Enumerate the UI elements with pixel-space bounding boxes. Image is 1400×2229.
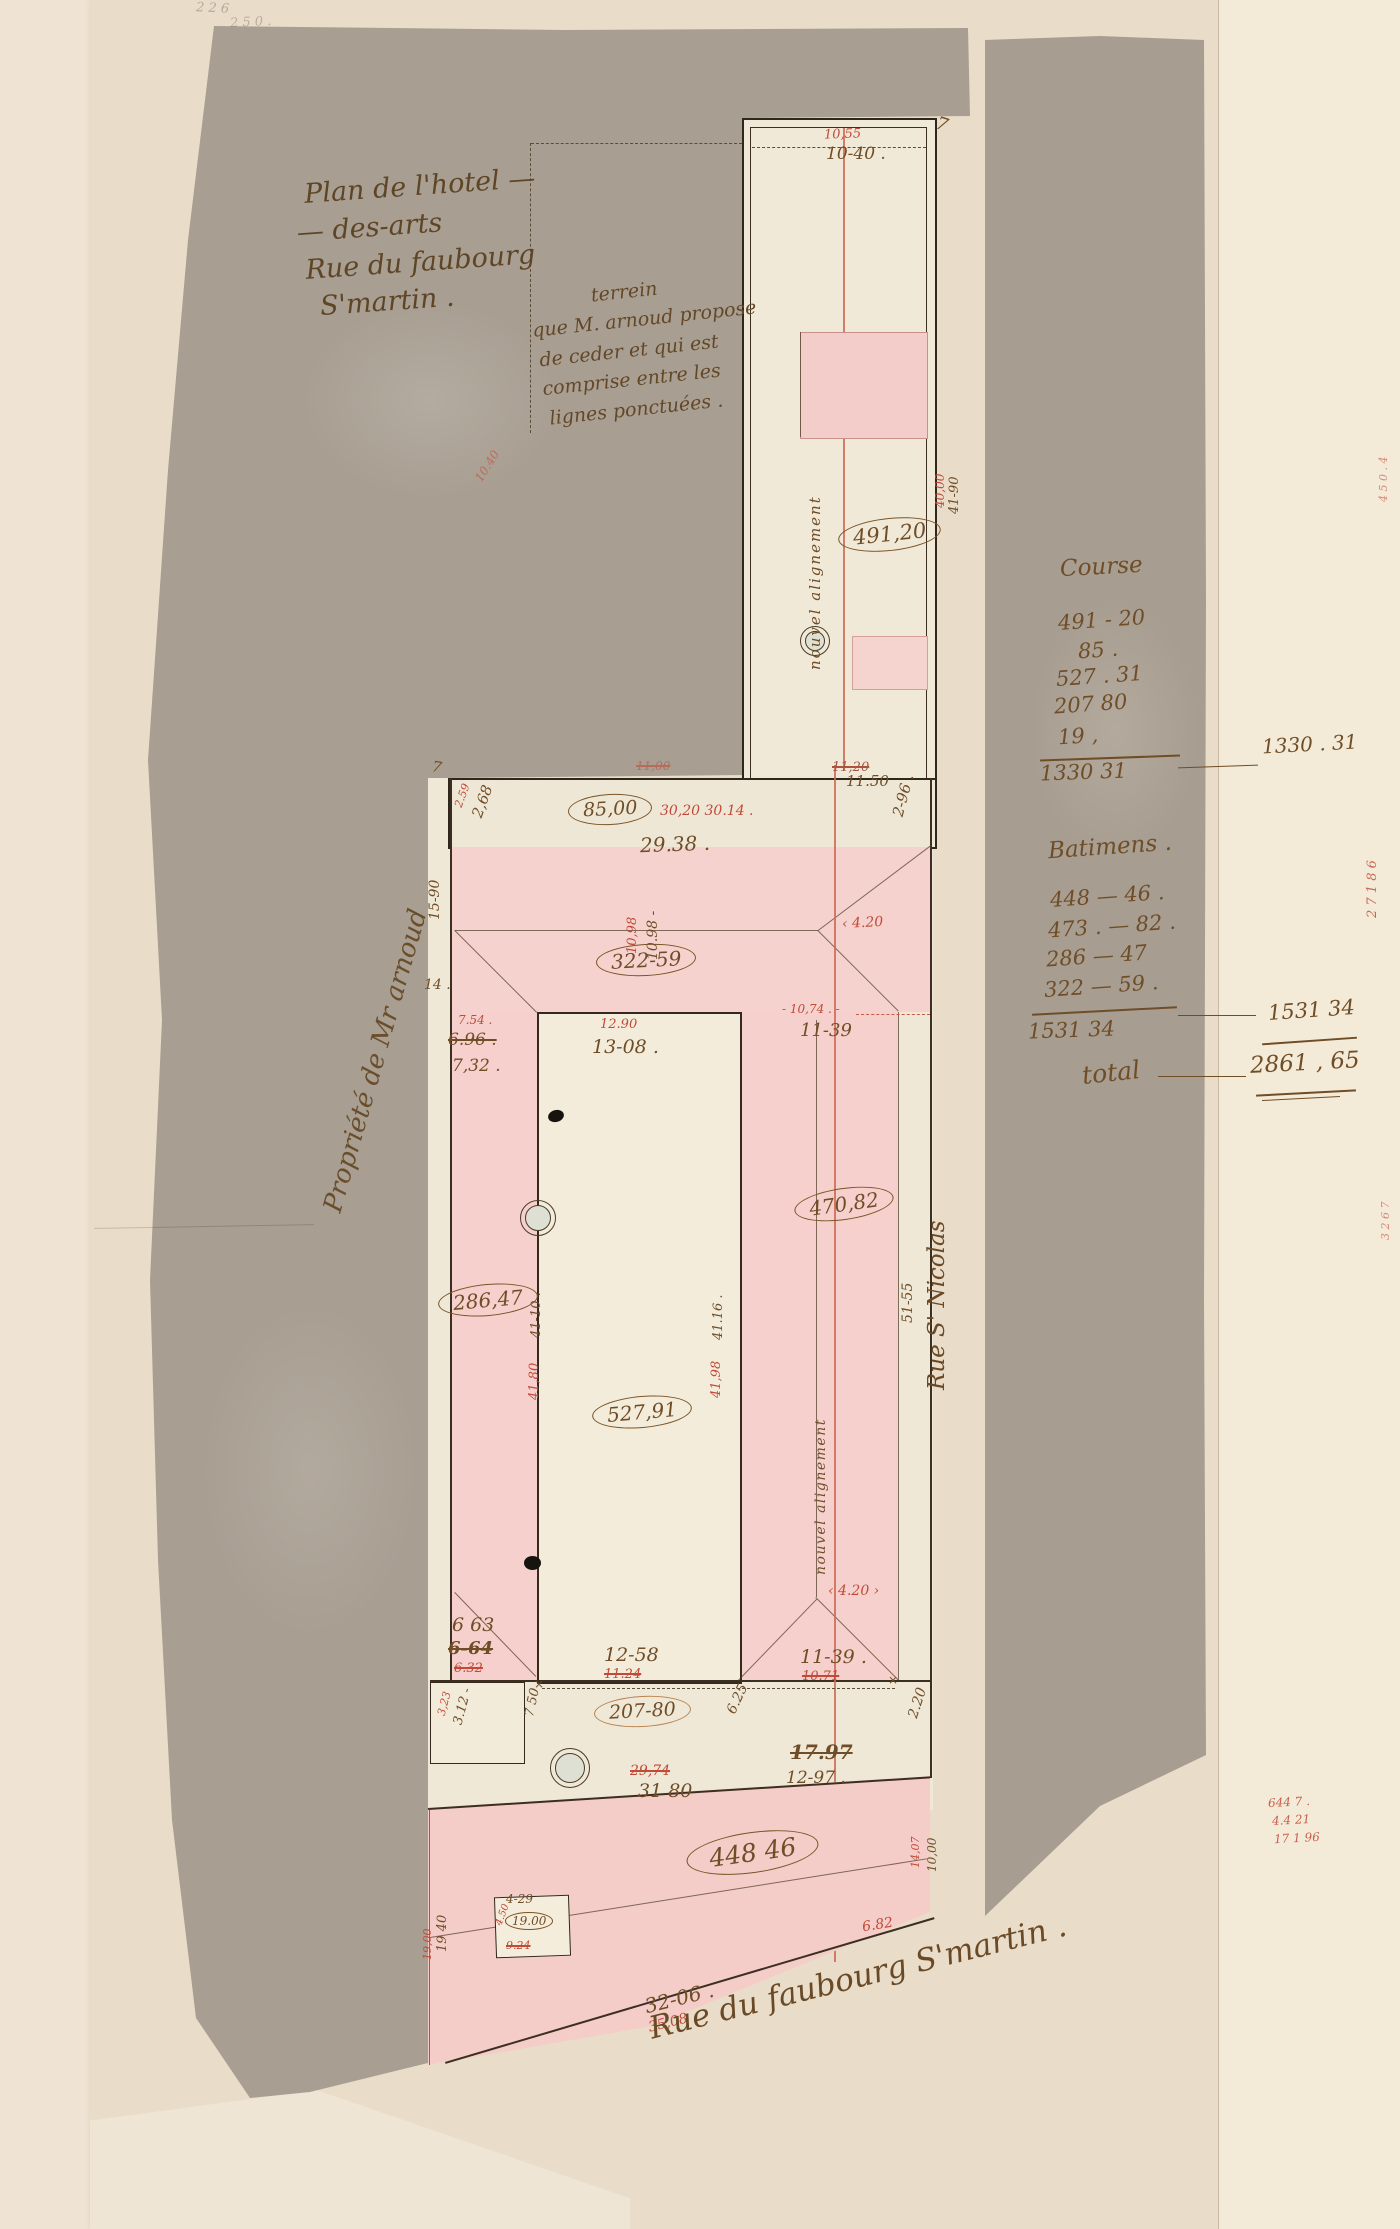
tally-total-value: 2861 , 65 — [1249, 1049, 1360, 1078]
measure-strip-top: 10-40 . — [826, 146, 886, 163]
measure-box-top: 4-29 — [506, 1893, 533, 1905]
area-upper-322-59: 322-59 — [595, 941, 697, 978]
circled-value: 85,00 — [567, 792, 653, 827]
measure-wingbottom-left-red: 6.32 — [454, 1662, 483, 1675]
measure-band-end: 10,00 — [926, 1818, 938, 1872]
area-box-19: 19.00 — [505, 1912, 553, 1930]
alignment-red-line — [843, 128, 845, 770]
measure-center: 13-08 . — [592, 1038, 659, 1057]
measure-wingbottom-right-red: 10.71 — [802, 1670, 839, 1683]
measure-court-right-v: 41.16 . — [712, 1278, 725, 1340]
measure-yard-red-struck: 29,74 — [630, 1764, 670, 1778]
measure-court-right-v-red: 41,98 — [710, 1340, 723, 1398]
area-yard-207-80: 207-80 — [593, 1693, 691, 1729]
strip-block-line — [800, 332, 801, 437]
tally-course-row: 85 . — [1077, 639, 1118, 663]
measure-strip-top-red: 10,55 — [824, 127, 862, 141]
note-block: terrein que M. arnoud propose de ceder e… — [528, 265, 767, 435]
red-margin-scribble: 4 5 0 . 4 — [1378, 418, 1389, 502]
yard-dashed-line — [542, 1688, 895, 1689]
circled-value: 19.00 — [505, 1912, 553, 1930]
measure-band-red: 30,20 30.14 . — [660, 804, 754, 818]
well-circle-yard — [550, 1748, 590, 1788]
measure-court-left-v: 41-10 . — [530, 1276, 543, 1338]
red-dashed — [856, 1014, 930, 1015]
tally-course-heading: Course — [1059, 554, 1143, 581]
measure-depth-51-55: 51-55 — [901, 1243, 915, 1323]
left-wing — [452, 1012, 537, 1680]
measure-wingbottom-right: 11-39 . — [800, 1648, 867, 1667]
measure-yard-struck: 17.97 — [790, 1742, 853, 1762]
measure-court-left-v-red: 41,80 — [528, 1340, 541, 1400]
pencil-scribble: 2 5 0 . — [230, 15, 272, 30]
tally-course-row: 207 80 — [1053, 691, 1128, 717]
measure-right: 11-39 — [800, 1022, 852, 1040]
red-margin-scribble: 3 2 6 7 — [1380, 1148, 1391, 1240]
title-block: Plan de l'hotel — — des-arts Rue du faub… — [293, 160, 544, 328]
measure-wall-left2: 14 . — [424, 978, 451, 992]
measure-strip-side: 41-90 — [948, 442, 961, 514]
measure-wingbottom-left-struck: 6-64 — [448, 1640, 493, 1658]
well-circle-courtyard — [520, 1200, 556, 1236]
measure-strip-bottom-left: 11,00 — [636, 760, 670, 772]
measure-band-left-v-red: 19,00 — [422, 1908, 433, 1960]
measure-wingbottom-left: 6 63 — [452, 1616, 494, 1635]
measure-roof-red: ‹ 4.20 › — [828, 1584, 879, 1598]
street-name-right: Rue S' Nicolas — [926, 1140, 949, 1390]
measure-yard-s4: 31 80 — [638, 1782, 692, 1801]
red-corner-scribble: 17 1 96 — [1274, 1831, 1320, 1845]
measure-strip-side-red: 40,00 — [934, 446, 946, 508]
measure-band-left-v: 19 40 — [436, 1894, 449, 1952]
measure-right-red-dashed: - 10,74 . - — [782, 1003, 840, 1015]
measure-center-red: 12.90 — [600, 1018, 637, 1031]
hook-mark: 7 — [431, 759, 443, 775]
measure-yard-s2: 12-97 . — [786, 1770, 846, 1787]
red-margin-scribble: 2 7 1 8 6 — [1366, 806, 1379, 918]
plan-left-border — [450, 778, 452, 1684]
measure-upper-right-red: ‹ 4.20 — [842, 915, 884, 931]
label-nouvel-alignement-wing: nouvel alignement — [814, 1280, 828, 1575]
backing-sheet-right — [1218, 0, 1400, 2229]
tick-mark: × — [888, 1674, 898, 1686]
area-band-85: 85,00 — [567, 792, 653, 827]
measure-box-struck: 9.24 — [506, 1940, 531, 1951]
circled-value: 322-59 — [595, 941, 697, 978]
right-wing-outer-wall — [898, 1012, 899, 1680]
measure-wingbottom-center-red: 11.24 — [604, 1668, 641, 1681]
measure-left-struck: 6.96 . — [448, 1032, 497, 1049]
measure-left: 7,32 . — [452, 1058, 501, 1075]
measure-wall-left: 15-90 — [428, 856, 442, 920]
pencil-scribble: 2 2 6 — [196, 1, 230, 16]
strip-pink-block-small — [852, 636, 928, 690]
red-corner-scribble: 4.4 21 — [1272, 1813, 1311, 1827]
tally-connector — [1178, 1015, 1256, 1016]
tally-batimens-subtotal: 1531 34 — [1028, 1018, 1116, 1042]
measure-band-below: 29.38 . — [640, 833, 711, 855]
tally-course-subtotal-right: 1330 . 31 — [1262, 732, 1358, 757]
measure-strip-bottom: 11.50 — [846, 774, 889, 789]
tally-course-row: 19 , — [1057, 725, 1098, 749]
tally-total-label: total — [1081, 1057, 1141, 1088]
circled-value: 207-80 — [593, 1693, 691, 1729]
proposal-dashed-h — [531, 143, 742, 144]
measure-left-red: 7.54 . — [458, 1014, 492, 1026]
plan-drawing-canvas: 10,55 10-40 . 491,20 nouvel alignement 4… — [0, 0, 1400, 2229]
measure-wingbottom-center: 12-58 — [604, 1646, 659, 1665]
tally-course-subtotal: 1330 31 — [1040, 760, 1128, 784]
tally-connector — [1158, 1076, 1246, 1077]
label-nouvel-alignement-strip: nouvel alignement — [808, 385, 823, 670]
ink-blob — [524, 1556, 541, 1570]
measure-band-end-red: 14,07 — [910, 1820, 921, 1868]
red-corner-scribble: 644 7 . — [1268, 1795, 1311, 1809]
